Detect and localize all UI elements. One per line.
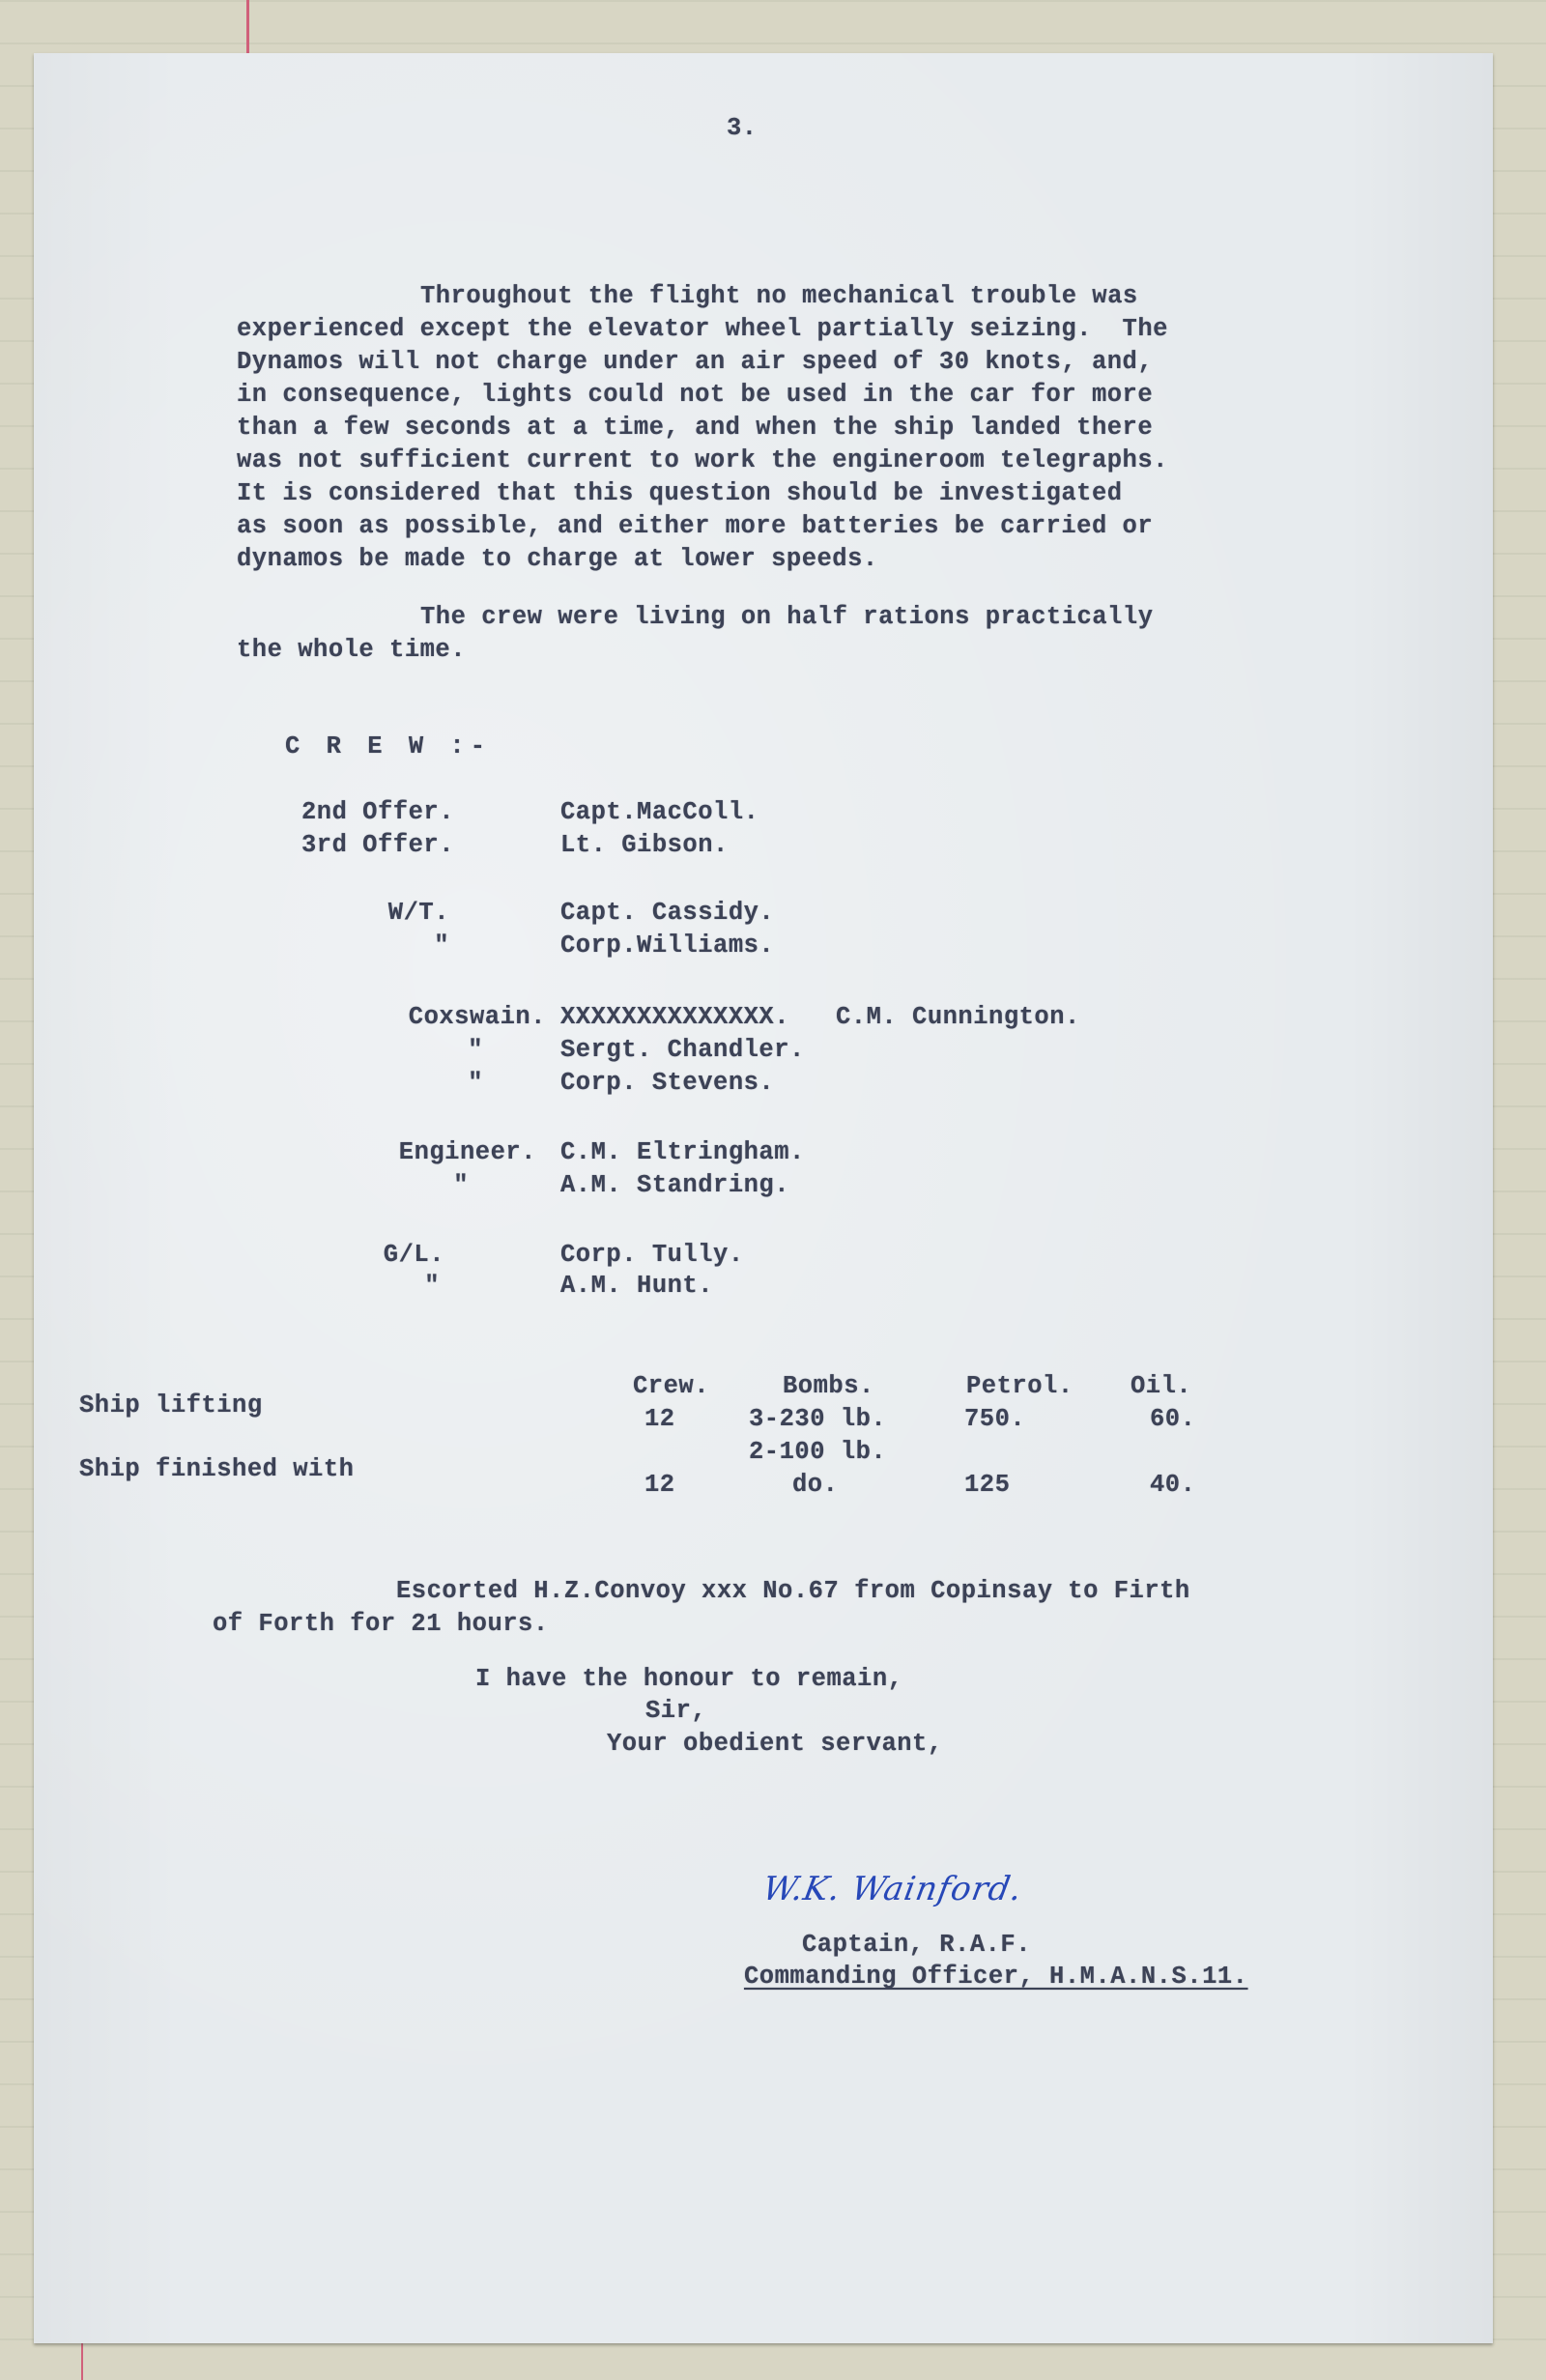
crew-name: Corp.Williams.: [560, 933, 774, 959]
table-header-crew: Crew.: [633, 1374, 709, 1399]
cell-petrol: 125: [964, 1473, 1010, 1498]
closing-line: I have the honour to remain,: [475, 1667, 902, 1692]
ledger-margin-line: [81, 2343, 83, 2380]
crew-name: C.M. Eltringham.: [560, 1140, 805, 1165]
crew-role: W/T.: [242, 901, 449, 926]
crew-role: Coxswain.: [338, 1005, 546, 1030]
table-header-petrol: Petrol.: [966, 1374, 1074, 1399]
row-label: Ship lifting: [79, 1393, 263, 1419]
paragraph-convoy-escort: Escorted H.Z.Convoy xxx No.67 from Copin…: [213, 1575, 1372, 1641]
crew-role: Engineer.: [329, 1140, 536, 1165]
crew-name: C.M. Cunnington.: [836, 1005, 1080, 1030]
crew-role-ditto: ": [242, 933, 449, 959]
cell-crew: 12: [644, 1407, 675, 1432]
cell-bombs: do.: [792, 1473, 838, 1498]
crew-role-ditto: ": [275, 1071, 483, 1096]
cell-bombs: 2-100 lb.: [749, 1440, 886, 1465]
cell-oil: 60.: [1150, 1407, 1195, 1432]
cell-crew: 12: [644, 1473, 675, 1498]
crew-name: Corp. Tully.: [560, 1243, 744, 1268]
crew-name: Capt.MacColl.: [560, 800, 759, 825]
crew-role: 2nd Offer.: [246, 800, 454, 825]
crew-name: A.M. Standring.: [560, 1173, 789, 1198]
paragraph-mechanical-report: Throughout the flight no mechanical trou…: [237, 280, 1358, 576]
closing-salutation: Sir,: [645, 1699, 706, 1724]
crew-role: 3rd Offer.: [246, 833, 454, 858]
crew-name: Lt. Gibson.: [560, 833, 729, 858]
crew-role-ditto: ": [275, 1038, 483, 1063]
struck-out-text: XXXXXXXXXXXXXX.: [560, 1005, 789, 1030]
crew-name: Corp. Stevens.: [560, 1071, 774, 1096]
page-number: 3.: [727, 116, 758, 141]
table-header-oil: Oil.: [1131, 1374, 1191, 1399]
crew-name: Capt. Cassidy.: [560, 901, 774, 926]
crew-heading: C R E W :-: [285, 734, 491, 760]
signatory-rank: Captain, R.A.F.: [802, 1933, 1031, 1958]
row-label: Ship finished with: [79, 1457, 354, 1482]
closing-line: Your obedient servant,: [607, 1732, 943, 1757]
ledger-margin-line: [246, 0, 249, 53]
crew-name: A.M. Hunt.: [560, 1274, 713, 1299]
crew-name: Sergt. Chandler.: [560, 1038, 805, 1063]
cell-bombs: 3-230 lb.: [749, 1407, 886, 1432]
handwritten-signature: W.K. Wainford.: [759, 1870, 1025, 1908]
cell-oil: 40.: [1150, 1473, 1195, 1498]
crew-role: G/L.: [237, 1243, 444, 1268]
paragraph-rations: The crew were living on half rations pra…: [237, 601, 1358, 667]
cell-petrol: 750.: [964, 1407, 1025, 1432]
table-header-bombs: Bombs.: [783, 1374, 874, 1399]
crew-role-ditto: ": [232, 1274, 440, 1299]
crew-role-ditto: ": [261, 1173, 469, 1198]
signatory-title: Commanding Officer, H.M.A.N.S.11.: [744, 1964, 1247, 1990]
